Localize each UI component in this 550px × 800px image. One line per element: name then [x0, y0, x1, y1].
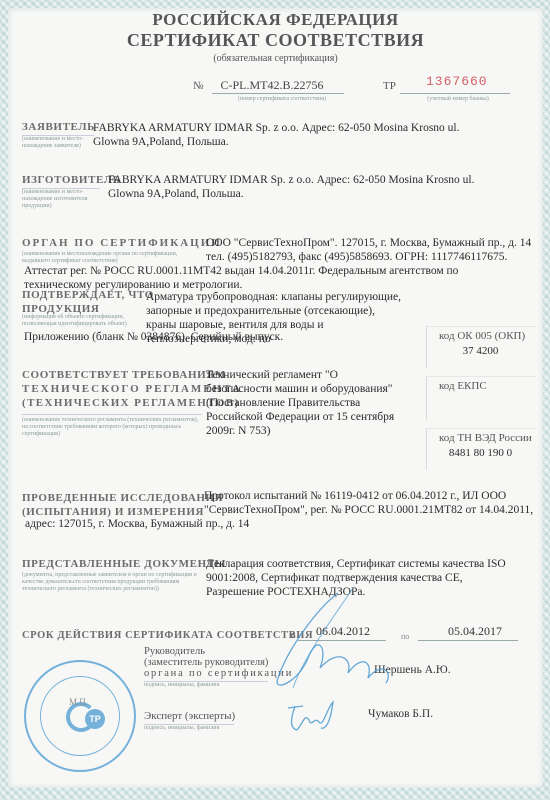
stamp-mark: М.П. [69, 697, 88, 707]
applicant-label: ЗАЯВИТЕЛЬ [22, 121, 95, 133]
head-sign-caption: подпись, инициалы, фамилия [144, 681, 268, 689]
tests-label: ПРОВЕДЕННЫЕ ИССЛЕДОВАНИЯ (ИСПЫТАНИЯ) И И… [22, 491, 223, 519]
validity-to-underline [418, 640, 518, 641]
documents-label: ПРЕДСТАВЛЕННЫЕ ДОКУМЕНТЫ [22, 558, 226, 570]
certificate-number-row: № C-PL.MT42.B.22756 [193, 78, 343, 93]
code-tnved-label: код ТН ВЭД России [439, 432, 536, 444]
expert-name: Чумаков Б.П. [368, 708, 433, 720]
blank-caption: (учетный номер бланка) [408, 96, 508, 103]
number-label: № [193, 80, 204, 92]
compliance-value: Технический регламент "О безопасности ма… [206, 368, 406, 438]
validity-to-label: по [401, 632, 409, 641]
tests-value: Протокол испытаний № 16119-0412 от 06.04… [204, 489, 534, 517]
product-label: ПОДТВЕРЖДАЕТ, ЧТО ПРОДУКЦИЯ [22, 288, 154, 316]
validity-to-date: 05.04.2017 [448, 624, 502, 639]
code-okp: код ОК 005 (ОКП) 37 4200 [426, 326, 536, 368]
tests-value-rest: адрес: 127015, г. Москва, Бумажный пр., … [25, 517, 425, 531]
code-tnved: код ТН ВЭД России 8481 80 190 0 [426, 428, 536, 470]
code-tnved-value: 8481 80 190 0 [439, 447, 536, 459]
certification-stamp-icon: ТР М.П. [24, 660, 136, 772]
document-subtitle: (обязательная сертификация) [8, 53, 543, 64]
manufacturer-label: ИЗГОТОВИТЕЛЬ [22, 174, 120, 186]
head-signature-icon [258, 588, 398, 698]
number-underline [212, 93, 344, 94]
country-title: РОССИЙСКАЯ ФЕДЕРАЦИЯ [8, 10, 543, 30]
certification-body-line2: тел. (495)5182793, факс (495)5858693. ОГ… [206, 250, 536, 264]
stamp-logo-text: ТР [85, 709, 105, 729]
manufacturer-value: FABRYKA ARMATURY IDMAR Sp. z o.o. Адрес:… [108, 173, 508, 201]
compliance-caption: (наименование технического регламента (т… [22, 414, 202, 438]
expert-label: Эксперт (эксперты) [144, 710, 235, 722]
expert-sign-caption: подпись, инициалы, фамилия [144, 724, 234, 732]
certification-body-line1: ООО "СервисТехноПром". 127015, г. Москва… [206, 236, 536, 250]
product-value-rest: Приложению (бланк № 0384876). Серийный в… [24, 330, 404, 344]
code-ekps-label: код ЕКПС [439, 380, 536, 392]
document-title: СЕРТИФИКАТ СООТВЕТСТВИЯ [8, 30, 543, 51]
expert-signature-icon [283, 698, 343, 738]
documents-caption: (документы, представленные заявителем в … [22, 572, 202, 593]
code-okp-label: код ОК 005 (ОКП) [439, 330, 536, 342]
manufacturer-caption: (наименование и место-нахождение изготов… [22, 188, 100, 210]
stamp-inner-ring: ТР М.П. [40, 676, 120, 756]
tests-label-line1: ПРОВЕДЕННЫЕ ИССЛЕДОВАНИЯ [22, 491, 223, 505]
certificate-number: C-PL.MT42.B.22756 [221, 78, 324, 92]
code-okp-value: 37 4200 [439, 345, 536, 357]
certification-body-label: ОРГАН ПО СЕРТИФИКАЦИИ [22, 237, 222, 249]
blank-underline [400, 93, 510, 94]
certificate-sheet: РОССИЙСКАЯ ФЕДЕРАЦИЯ СЕРТИФИКАТ СООТВЕТС… [8, 8, 543, 788]
applicant-caption: (наименование и место-нахождение заявите… [22, 135, 94, 150]
product-label-line1: ПОДТВЕРЖДАЕТ, ЧТО [22, 288, 154, 302]
product-caption: (информация об объекте сертификации, поз… [22, 314, 147, 328]
certification-body-caption: (наименование и местонахождение органа п… [22, 251, 197, 265]
number-caption: (номер сертификата соответствия) [222, 96, 342, 103]
applicant-value: FABRYKA ARMATURY IDMAR Sp. z o.o. Адрес:… [93, 121, 483, 149]
code-ekps: код ЕКПС [426, 376, 536, 420]
tr-label: ТР [383, 80, 396, 92]
blank-number: 1367660 [426, 74, 488, 89]
